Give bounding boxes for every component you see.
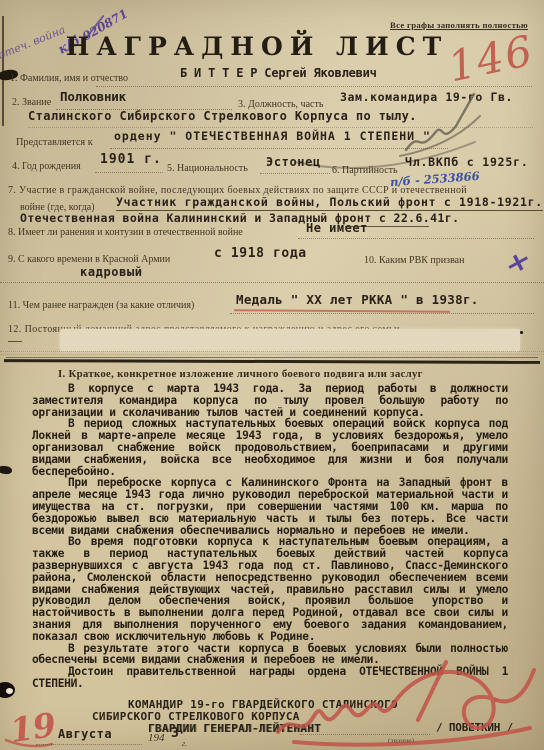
field-9-value: с 1918 года [214,246,307,261]
field-2-label: 2. Звание [12,97,51,108]
field-6-label: 6. Партийность [332,165,398,176]
red-signature [270,652,544,750]
redacted-area [60,329,520,351]
date-year-printed: 194 [148,732,165,744]
dotted-line [0,353,544,355]
dotted-line [36,743,142,745]
field-1-value: Б И Т Т Е Р Сергей Яковлевич [180,66,377,80]
paragraph: При переброске корпуса с Калининского Фр… [32,477,508,536]
award-sheet-document: отеч. война к/б 020871 Все графы заполня… [0,0,544,750]
field-8-value: Не имеет [306,221,368,235]
paragraph: Во время подготовки корпуса к наступател… [32,536,508,642]
dotted-line [230,312,534,314]
field-7-value: Участник гражданской войны, Польский фро… [116,195,543,211]
field-11-label: 11. Чем ранее награжден (за какие отличи… [8,300,194,311]
date-year-digit-handwritten: 3 [171,726,179,741]
fill-all-note: Все графы заполнять полностью [390,20,528,30]
field-4-value: 1901 г. [100,152,162,167]
field-9-value-continued: кадровый [80,265,143,279]
page-title: НАГРАДНОЙ ЛИСТ [0,32,514,61]
field-8-label: 8. Имеет ли ранения и контузии в отечест… [8,227,243,238]
divider-thick [4,359,540,363]
field-11-value: Медаль " XX лет РККА " в 1938г. [236,292,479,307]
field-9-label: 9. С какого времени в Красной Армии [8,254,170,265]
paragraph: В корпусе с марта 1943 года. За период р… [32,383,508,418]
field-10-label: 10. Каким РВК призван [364,255,464,266]
dotted-line [96,85,532,87]
field-7-value-continued: Отечественная война Калининский и Западн… [20,211,459,225]
presented-for-label: Представляется к [16,137,93,148]
field-1-label: 1. Фамилия, имя и отчество [10,73,128,84]
dash-mark [8,341,22,342]
dotted-line [260,172,330,174]
dotted-line [0,281,544,283]
dotted-line [0,350,544,352]
citation-body: В корпусе с марта 1943 года. За период р… [32,383,508,690]
date-month: Августа [58,727,112,741]
field-3-value-continued: Сталинского Сибирского Стрелкового Корпу… [28,109,417,123]
divider-thin [6,357,538,358]
section-heading: I. Краткое, конкретное изложение личного… [58,368,423,380]
paragraph: В период сложных наступательных боевых о… [32,418,508,477]
field-4-label: 4. Год рождения [12,161,81,172]
ink-blot [0,465,12,474]
field-5-value: Эстонец [266,155,321,169]
dotted-line [298,237,534,239]
field-2-value: Полковник [60,89,126,104]
x-mark: ✕ [504,246,529,278]
field-5-label: 5. Национальность [167,163,248,174]
ink-dot [520,331,523,334]
date-year-suffix: г. [182,739,187,748]
field-6-value: Чл.ВКПб с 1925г. [405,155,529,169]
dotted-line [95,171,163,173]
paper-chip [6,688,13,694]
